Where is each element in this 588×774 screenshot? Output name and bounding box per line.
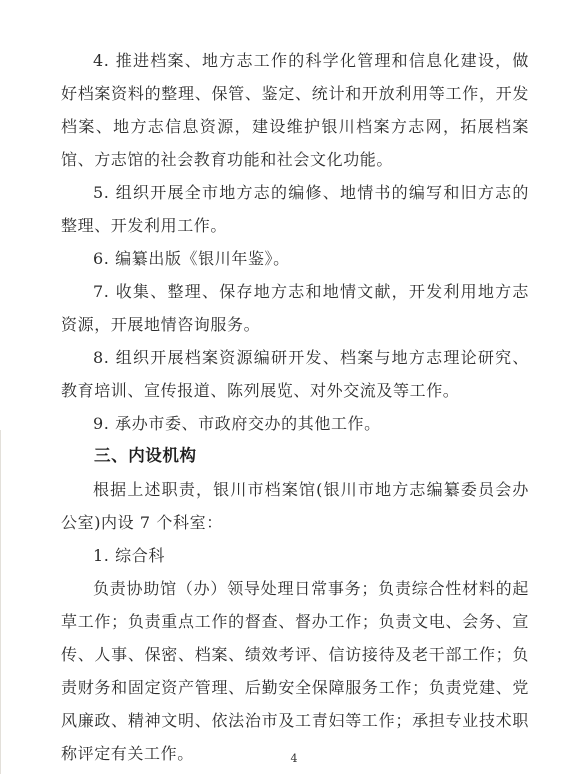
scan-edge-artifact [0,430,1,774]
document-page: 4. 推进档案、地方志工作的科学化管理和信息化建设，做好档案资料的整理、保管、鉴… [0,0,588,774]
document-paragraph-duty-9: 9. 承办市委、市政府交办的其他工作。 [61,407,529,440]
document-paragraph-duty-7: 7. 收集、整理、保存地方志和地情文献，开发利用地方志资源，开展地情咨询服务。 [61,275,529,341]
document-paragraph-intro: 根据上述职责，银川市档案馆(银川市地方志编纂委员会办公室)内设 7 个科室： [61,473,529,539]
document-paragraph-duty-4: 4. 推进档案、地方志工作的科学化管理和信息化建设，做好档案资料的整理、保管、鉴… [61,44,529,176]
document-paragraph-dept-1-title: 1. 综合科 [61,539,529,572]
document-body: 4. 推进档案、地方志工作的科学化管理和信息化建设，做好档案资料的整理、保管、鉴… [61,44,529,770]
document-paragraph-dept-1-duties: 负责协助馆（办）领导处理日常事务；负责综合性材料的起草工作；负责重点工作的督查、… [61,572,529,770]
document-paragraph-duty-5: 5. 组织开展全市地方志的编修、地情书的编写和旧方志的整理、开发利用工作。 [61,176,529,242]
document-paragraph-duty-6: 6. 编纂出版《银川年鉴》。 [61,242,529,275]
section-heading-internal-organs: 三、内设机构 [61,440,529,473]
page-number: 4 [0,752,588,766]
document-paragraph-duty-8: 8. 组织开展档案资源编研开发、档案与地方志理论研究、教育培训、宣传报道、陈列展… [61,341,529,407]
